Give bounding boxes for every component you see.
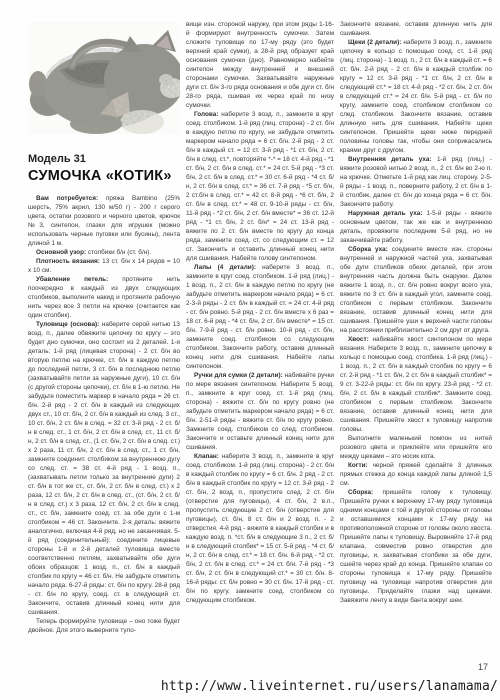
para-text: наберите серой нитью 13 возд. п., далее …: [28, 321, 180, 616]
para-materials: Вам потребуется: пряжа Bambino (25% шерс…: [28, 194, 180, 248]
page-number: 17: [478, 662, 488, 672]
para-cheeks: Щеки (2 детали): наберите 3 возд. п., за…: [340, 38, 492, 155]
section-lead: Сборка уха:: [348, 246, 388, 253]
para-text: Закончите вязание, оставив длинную нить …: [340, 21, 492, 37]
para-flap: Клапан: наберите 3 возд. п., замкните в …: [186, 452, 334, 605]
para-text: вище изн. стороной наружу, при этом ряды…: [186, 21, 334, 109]
section-lead: Основной узор:: [36, 249, 86, 256]
section-lead: Клапан:: [194, 453, 219, 460]
para-text: пряжа Bambino (25% шерсть, 75% акрил, 13…: [28, 195, 180, 247]
para-inner-ear: Внутренняя деталь уха: 1-й ряд (лиц.) - …: [340, 155, 492, 209]
para-text: Теперь формируйте туловище – оно тоже бу…: [28, 618, 180, 634]
para-text: Выполните маленький помпон из нитей розо…: [340, 435, 492, 460]
para-handles: Ручки для сумки (2 детали): набивайте ру…: [186, 371, 334, 452]
section-lead: Убавление петель:: [36, 276, 108, 283]
section-lead: Лапы (4 детали):: [194, 264, 256, 271]
para-assembly: Сборка: пришейте голову к туловищу. Приш…: [340, 488, 492, 605]
para-body: Туловище (основа): наберите серой нитью …: [28, 320, 180, 617]
section-lead: Щеки (2 детали):: [348, 39, 401, 46]
para-text: наберите 3 возд. п., замкните цепочку в …: [340, 39, 492, 154]
para-decrease: Убавление петель: протяните нить поочере…: [28, 275, 180, 320]
column-middle: вище изн. стороной наружу, при этом ряды…: [186, 20, 334, 680]
para-body-continuation: вище изн. стороной наружу, при этом ряды…: [186, 20, 334, 110]
model-label: Модель 31: [28, 153, 180, 165]
para-text: наберите 3 возд. п., замкните в круг сое…: [186, 111, 334, 262]
para-outer-ear: Наружная деталь уха: 1-5-й ряды - вяжите…: [340, 209, 492, 245]
section-lead: Сборка:: [348, 489, 373, 496]
para-head: Голова: наберите 3 возд. п., замкните в …: [186, 110, 334, 263]
section-lead: Плотность вязания:: [36, 258, 100, 265]
kitty-bag-photo: [28, 22, 180, 134]
section-lead: Наружная деталь уха:: [348, 210, 422, 217]
column-right: Закончите вязание, оставив длинную нить …: [340, 20, 492, 680]
para-pompon-nose: Выполните маленький помпон из нитей розо…: [340, 434, 492, 461]
watermark-url: http://www.liveinternet.ru/users/lanamam…: [161, 679, 498, 694]
column-left: Модель 31 СУМОЧКА «КОТИК» Вам потребуетс…: [28, 20, 180, 680]
para-ear-assembly: Сборка уха: соедините вместе изн. сторон…: [340, 245, 492, 335]
para-text: 1-й ряд (лиц.) - вяжите розовой нитью 2 …: [340, 156, 492, 208]
para-text: набивайте хвост синтепоном по мере вязан…: [340, 336, 492, 433]
para-claws: Когти: черной пряжей сделайте 3 длинных …: [340, 461, 492, 488]
page-title: СУМОЧКА «КОТИК»: [28, 168, 180, 184]
section-lead: Голова:: [194, 111, 218, 118]
para-tail: Хвост: набивайте хвост синтепоном по мер…: [340, 335, 492, 434]
para-text: пришейте голову к туловищу. Пришейте руч…: [340, 489, 492, 604]
scanned-book-page: Модель 31 СУМОЧКА «КОТИК» Вам потребуетс…: [0, 0, 500, 700]
para-text: наберите 3 возд. п., замкните в круг сое…: [186, 264, 334, 370]
para-text: наберите 3 возд. п., замкните в круг сое…: [186, 453, 334, 604]
para-gauge: Плотность вязания: 13 ст. б/н х 14 рядов…: [28, 257, 180, 275]
section-lead: Ручки для сумки (2 детали):: [194, 372, 283, 379]
para-flap-continuation: Закончите вязание, оставив длинную нить …: [340, 20, 492, 38]
para-text: набивайте ручки по мере вязания синтепон…: [186, 372, 334, 451]
para-body-continued: Теперь формируйте туловище – оно тоже бу…: [28, 617, 180, 635]
section-lead: Когти:: [348, 462, 368, 469]
para-text: столбики б/н (ст. б/н).: [88, 249, 151, 256]
para-main-stitch: Основной узор: столбики б/н (ст. б/н).: [28, 248, 180, 257]
para-text: соедините вместе изн. стороны внутренней…: [340, 246, 492, 334]
section-lead: Туловище (основа):: [36, 321, 99, 328]
section-lead: Внутренняя деталь уха:: [348, 156, 432, 163]
section-lead: Хвост:: [348, 336, 369, 343]
para-paws: Лапы (4 детали): наберите 3 возд. п., за…: [186, 263, 334, 371]
section-lead: Вам потребуется:: [36, 195, 98, 202]
